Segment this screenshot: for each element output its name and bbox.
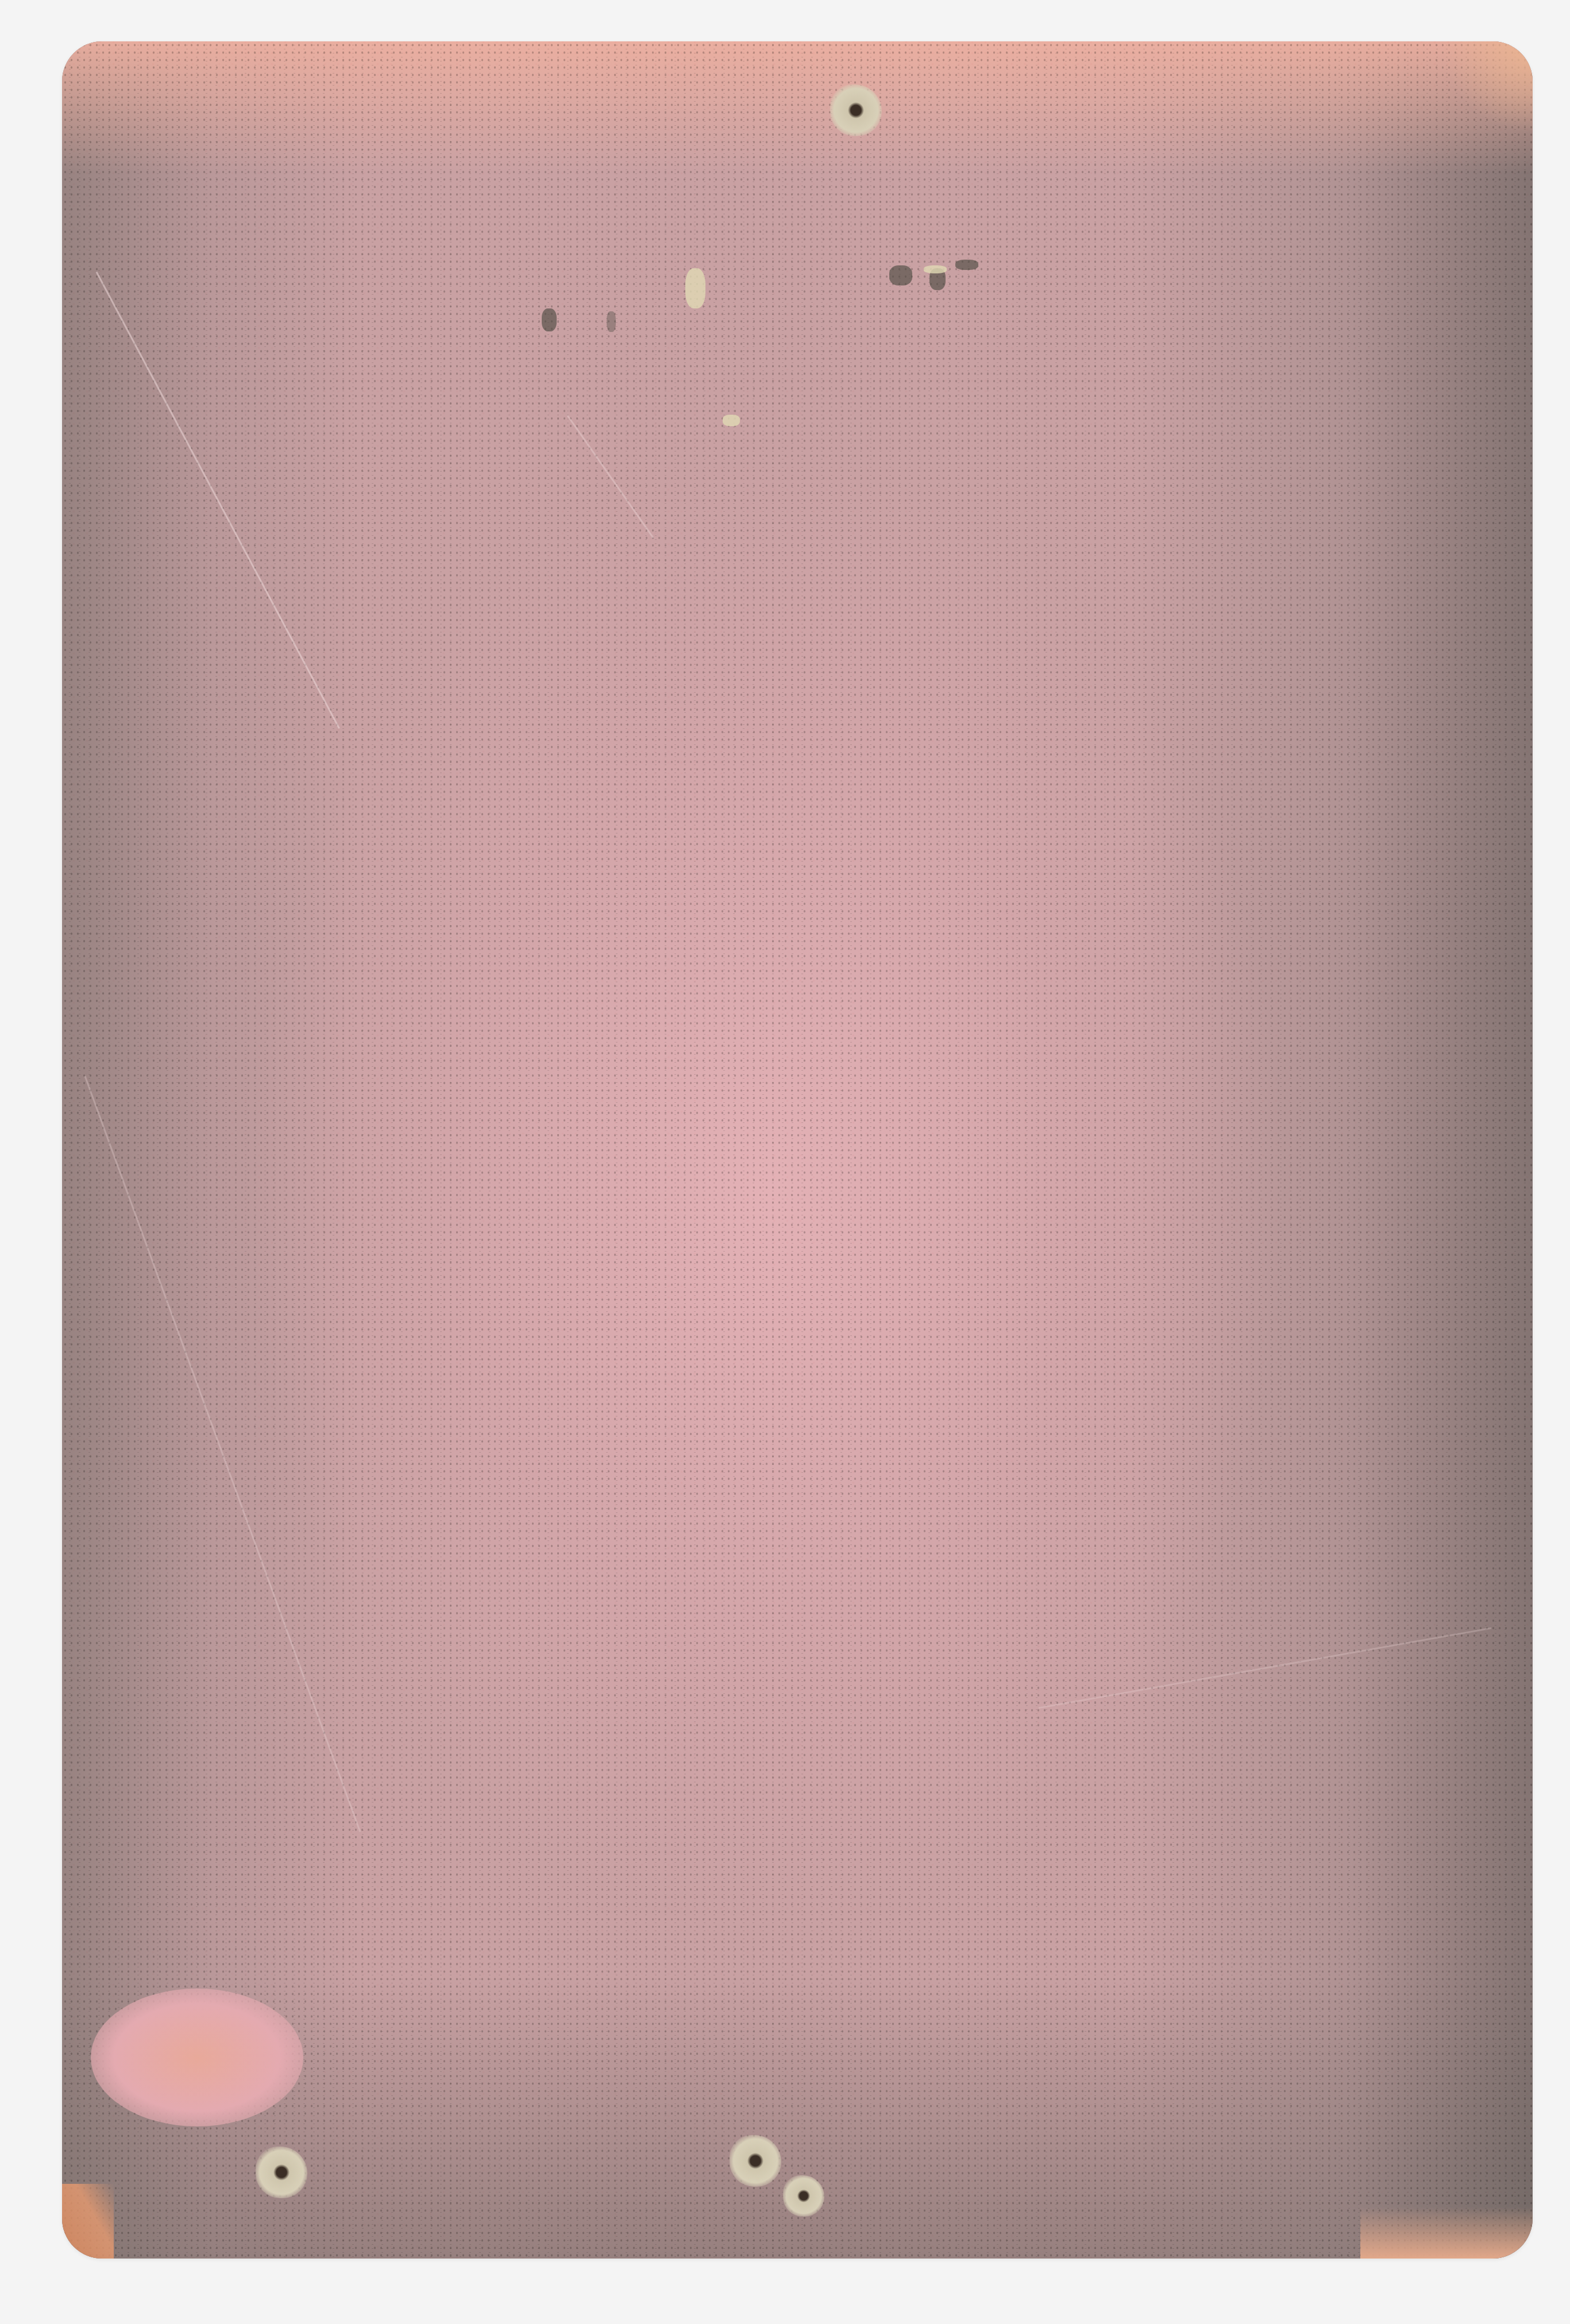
faint-mark <box>955 260 978 270</box>
pin-hole-top-center <box>830 84 882 136</box>
paper-fleck <box>685 268 705 308</box>
faint-mark <box>607 311 616 332</box>
pin-hole-bottom-center-2 <box>783 2175 824 2217</box>
edge-wear-bottom-right <box>1360 2207 1533 2259</box>
corner-chip-bottom-left <box>62 2184 114 2259</box>
faint-mark <box>889 265 912 285</box>
paper-fleck <box>723 415 740 426</box>
salmon-spot-stain <box>91 1989 303 2126</box>
paper-fleck <box>924 265 947 273</box>
faint-mark <box>542 308 557 331</box>
pin-hole-bottom-center-1 <box>730 2135 781 2187</box>
photo-card-back <box>62 41 1533 2259</box>
corner-wear-top-right <box>1441 41 1533 133</box>
pin-hole-bottom-left <box>256 2147 307 2198</box>
gray-mottling-texture <box>62 41 1533 2259</box>
